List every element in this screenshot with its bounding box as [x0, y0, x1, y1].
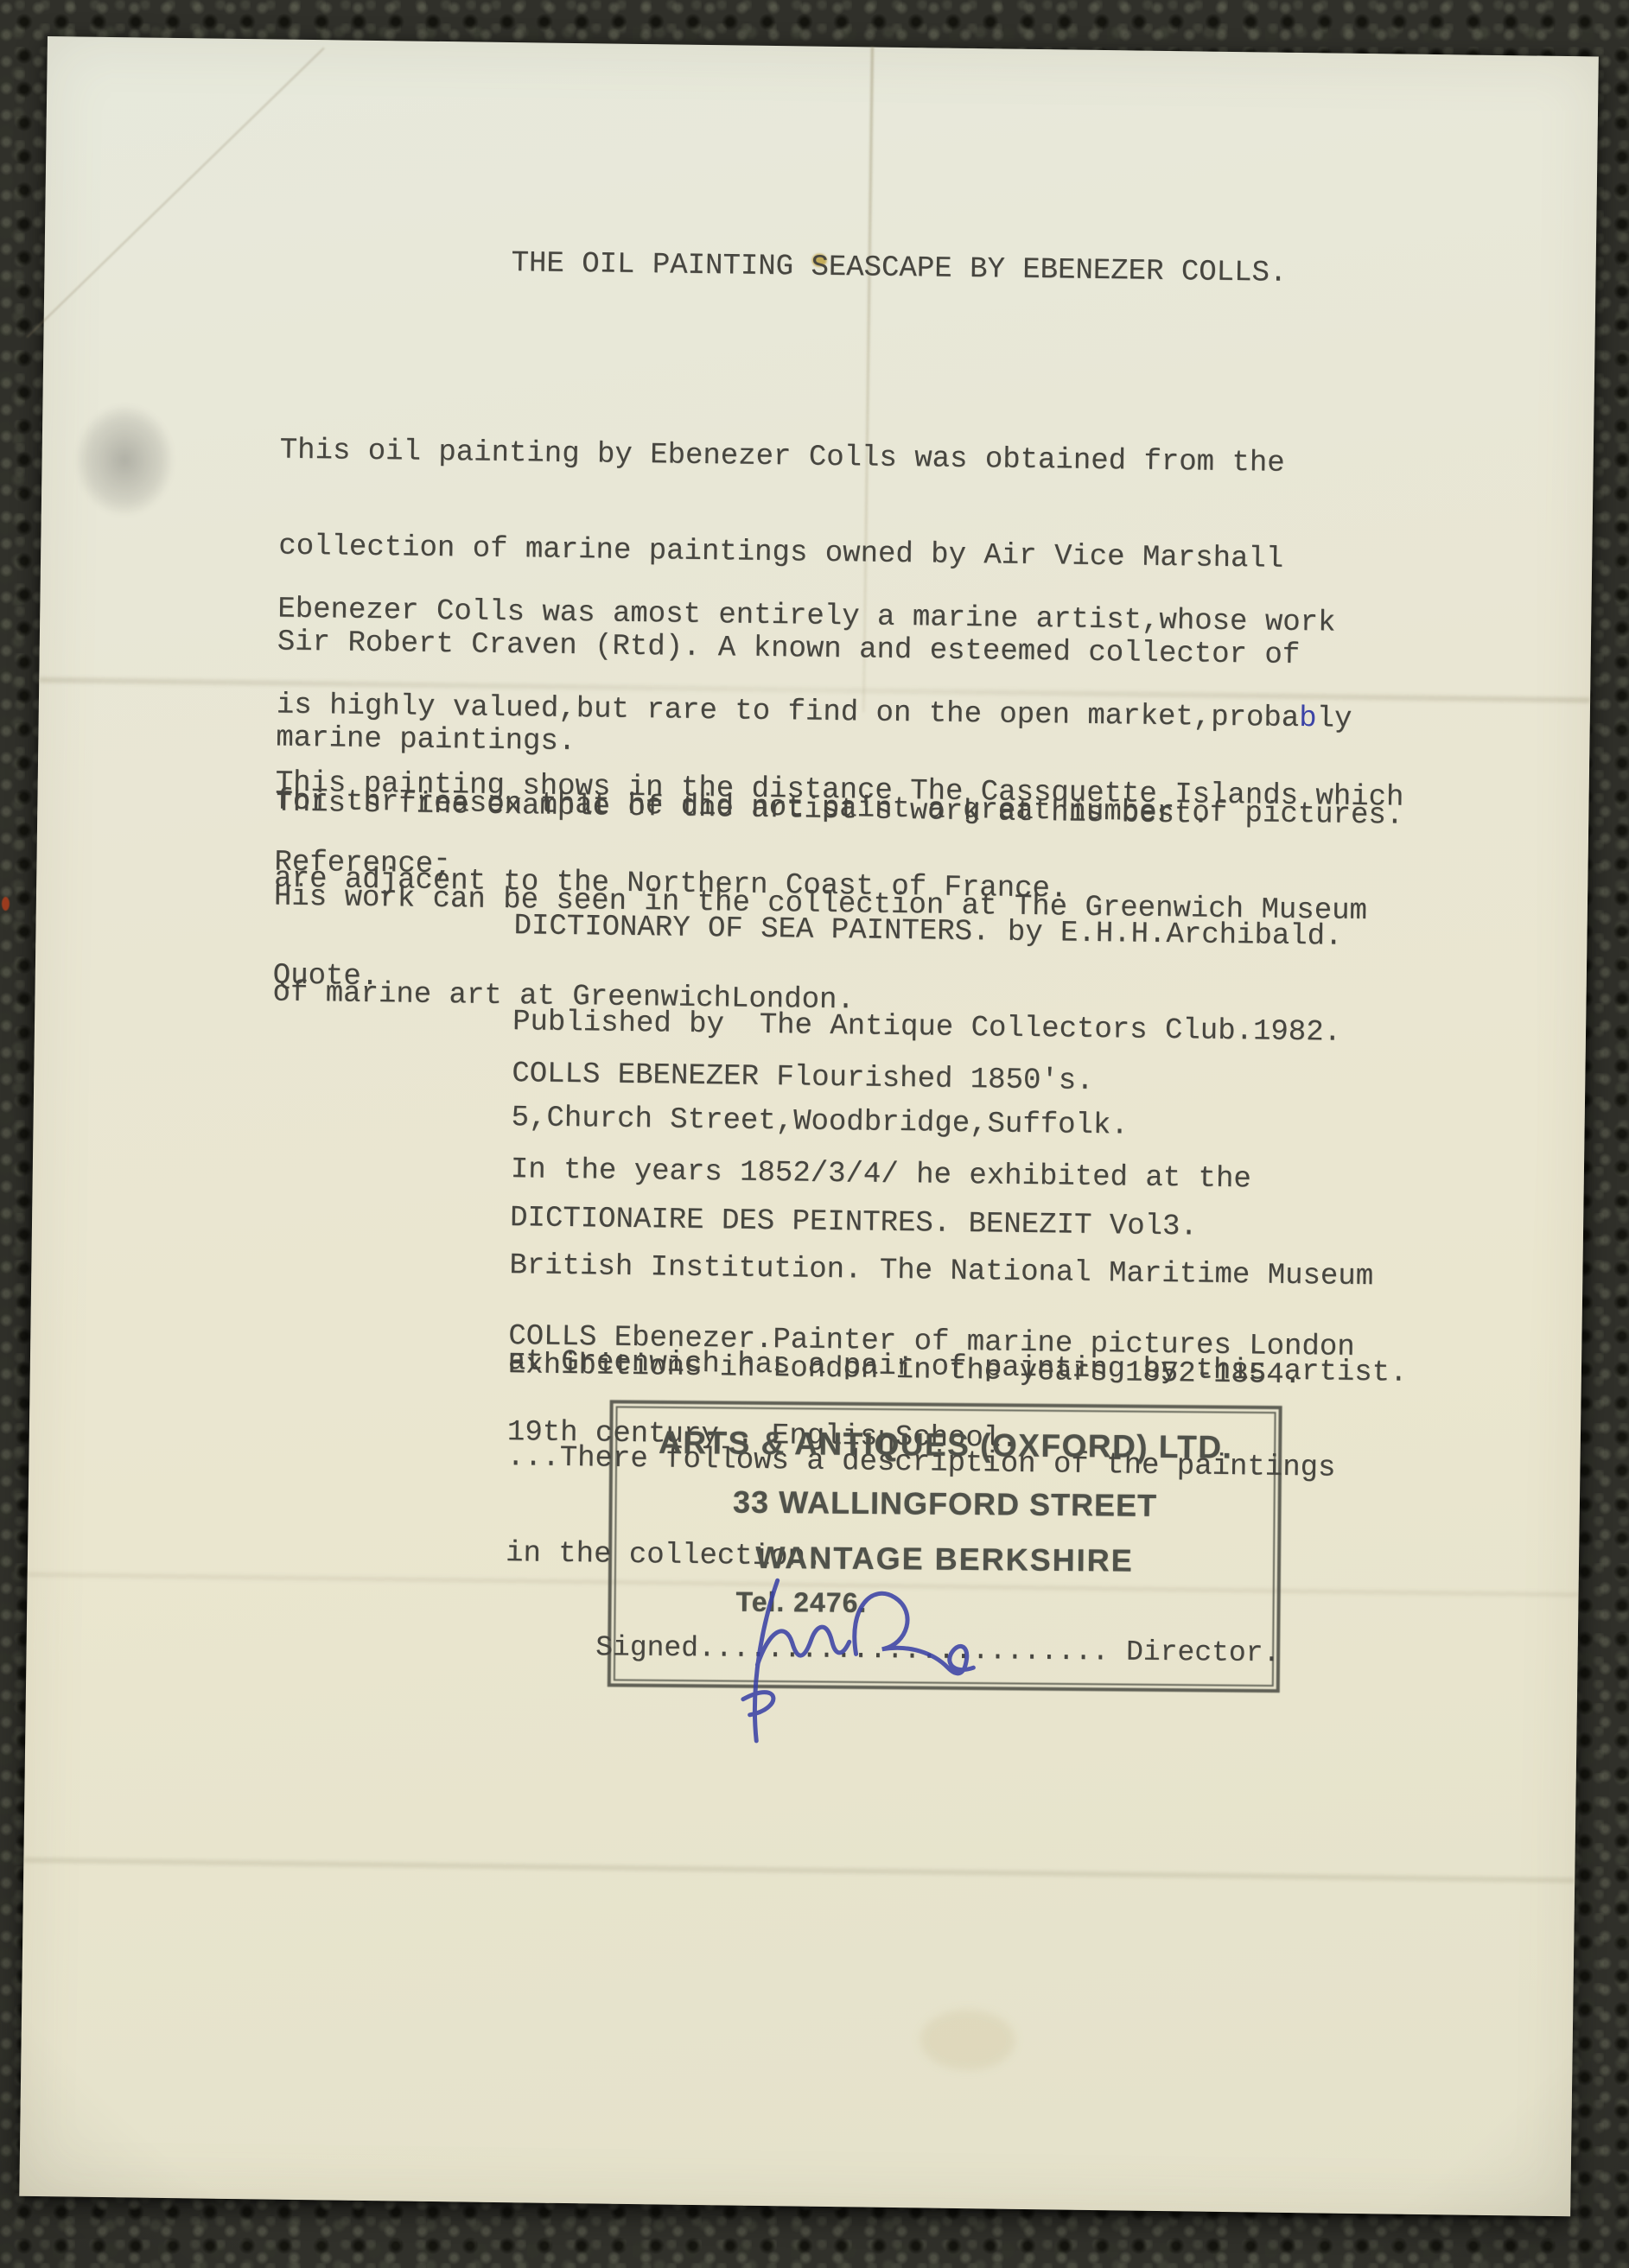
photo-vignette	[0, 0, 1629, 2268]
photo-scene: THE OIL PAINTING SEASCAPE BY EBENEZER CO…	[0, 0, 1629, 2268]
